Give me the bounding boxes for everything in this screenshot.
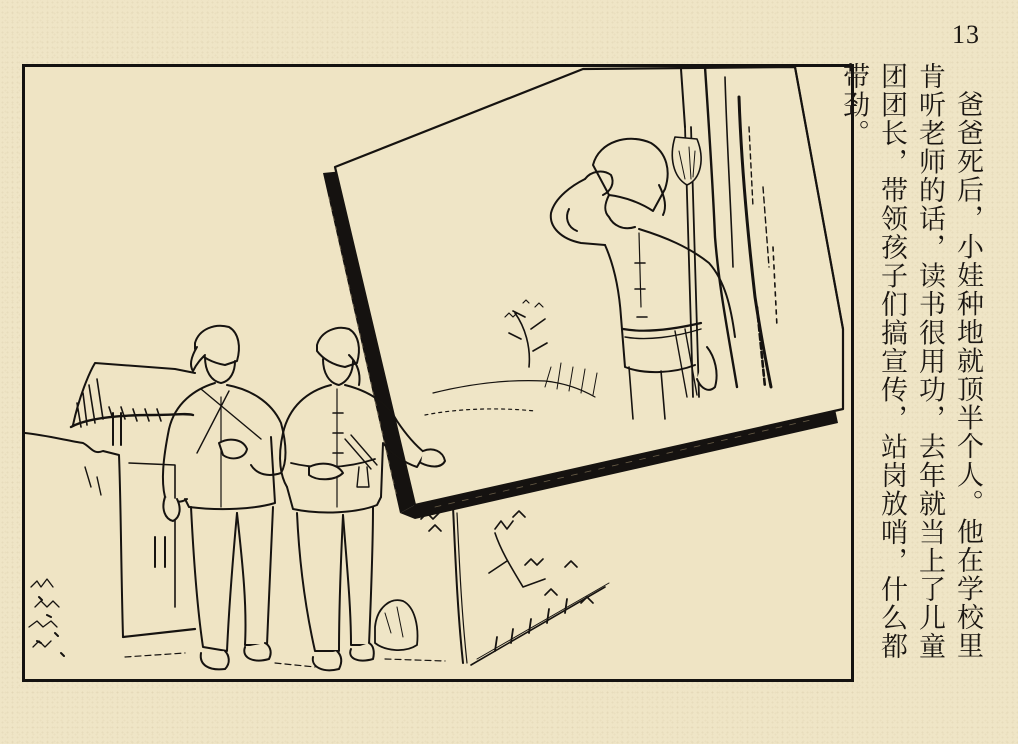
- panel-illustration: [25, 67, 851, 679]
- foreground-plants: [125, 507, 609, 667]
- bush-left: [29, 579, 64, 656]
- mud-wall: [25, 433, 195, 637]
- comic-panel: [22, 64, 854, 682]
- caption-line: 团团长，带领孩子们搞宣传，站岗放哨，什么都: [872, 62, 910, 702]
- caption-line: 肯听老师的话，读书很用功，去年就当上了儿童: [910, 62, 948, 702]
- inset-frame: [323, 67, 843, 519]
- page-number: 13: [952, 20, 980, 50]
- caption-text: 爸爸死后，小娃种地就顶半个人。他在学校里 肯听老师的话，读书很用功，去年就当上了…: [866, 62, 986, 702]
- caption-line: 爸爸死后，小娃种地就顶半个人。他在学校里: [948, 62, 986, 702]
- thatched-house: [71, 363, 195, 607]
- caption-line: 带劲。: [834, 62, 872, 702]
- villager-left: [163, 326, 286, 670]
